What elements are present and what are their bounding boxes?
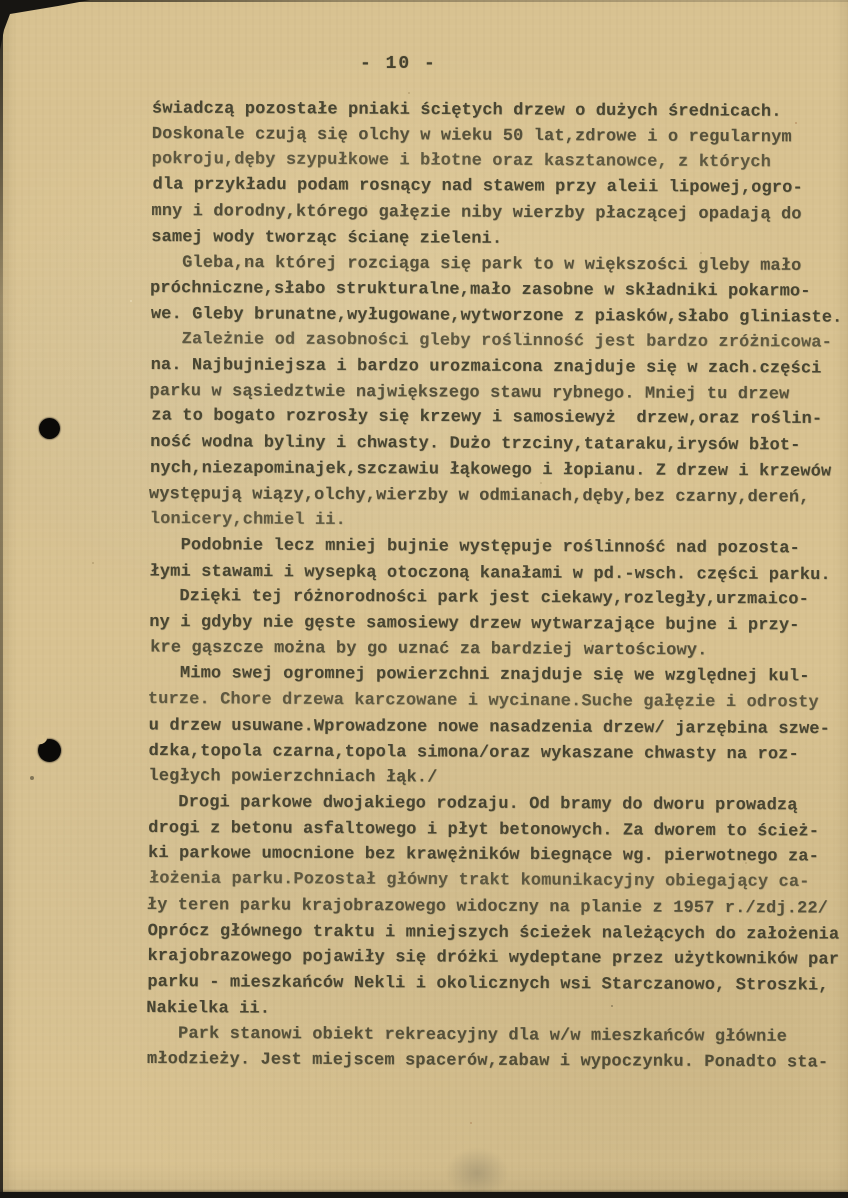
text-line: Doskonale czują się olchy w wieku 50 lat… bbox=[152, 122, 844, 151]
text-line: dla przykładu podam rosnący nad stawem p… bbox=[152, 173, 844, 202]
text-line: Podobnie lecz mniej bujnie występuje roś… bbox=[150, 533, 842, 562]
text-line: ległych powierzchniach łąk./ bbox=[148, 764, 840, 793]
text-line: turze. Chore drzewa karczowane i wycinan… bbox=[148, 687, 840, 716]
text-line: łożenia parku.Pozostał główny trakt komu… bbox=[149, 867, 841, 896]
text-line: dzka,topola czarna,topola simona/oraz wy… bbox=[149, 739, 841, 768]
scan-corner-shadow bbox=[0, 0, 92, 50]
scan-edge-top bbox=[0, 0, 848, 2]
text-line: ność wodna byliny i chwasty. Dużo trzcin… bbox=[150, 430, 842, 459]
text-line: we. Gleby brunatne,wyługowane,wytworzone… bbox=[151, 302, 843, 331]
text-line: Mimo swej ogromnej powierzchni znajduje … bbox=[149, 661, 841, 690]
text-line: ły teren parku krajobrazowego widoczny n… bbox=[147, 893, 839, 922]
text-line: lonicery,chmiel ii. bbox=[150, 507, 842, 536]
typewritten-text-block: świadczą pozostałe pniaki ściętych drzew… bbox=[147, 96, 844, 1076]
text-line: samej wody tworząc ścianę zieleni. bbox=[151, 225, 843, 254]
scan-edge-bottom bbox=[0, 1192, 848, 1198]
text-line: nych,niezapominajek,szczawiu łąkowego i … bbox=[150, 456, 842, 485]
graphite-smudge-mark bbox=[446, 1148, 508, 1198]
text-line: mny i dorodny,którego gałęzie niby wierz… bbox=[151, 199, 843, 228]
text-line: za to bogato rozrosły się krzewy i samos… bbox=[151, 404, 843, 433]
scan-edge-left bbox=[0, 0, 3, 1198]
text-line: występują wiązy,olchy,wierzby w odmianac… bbox=[149, 482, 841, 511]
scanned-document-page: - 10 - świadczą pozostałe pniaki ściętyc… bbox=[0, 0, 848, 1198]
text-line: próchniczne,słabo strukturalne,mało zaso… bbox=[150, 276, 842, 305]
text-line: Oprócz głównego traktu i mniejszych ście… bbox=[148, 918, 840, 947]
page-number: - 10 - bbox=[360, 54, 437, 74]
text-line: kre gąszcze można by go uznać za bardzie… bbox=[150, 635, 842, 664]
text-line: drogi z betonu asfaltowego i płyt betono… bbox=[148, 816, 840, 845]
text-line: Dzięki tej różnorodności park jest cieka… bbox=[148, 584, 840, 613]
text-line: młodzieży. Jest miejscem spacerów,zabaw … bbox=[147, 1047, 839, 1076]
hole-punch-mark-top bbox=[39, 418, 60, 439]
text-line: Drogi parkowe dwojakiego rodzaju. Od bra… bbox=[147, 790, 839, 819]
text-line: Nakielka ii. bbox=[146, 996, 838, 1025]
text-line: krajobrazowego pojawiły się dróżki wydep… bbox=[147, 944, 839, 973]
hole-punch-mark-bottom bbox=[38, 739, 61, 762]
text-line: parku - mieszkańców Nekli i okolicznych … bbox=[147, 970, 839, 999]
text-line: Zależnie od zasobności gleby roślinność … bbox=[151, 327, 843, 356]
text-line: na. Najbujniejsza i bardzo urozmaicona z… bbox=[151, 353, 843, 382]
